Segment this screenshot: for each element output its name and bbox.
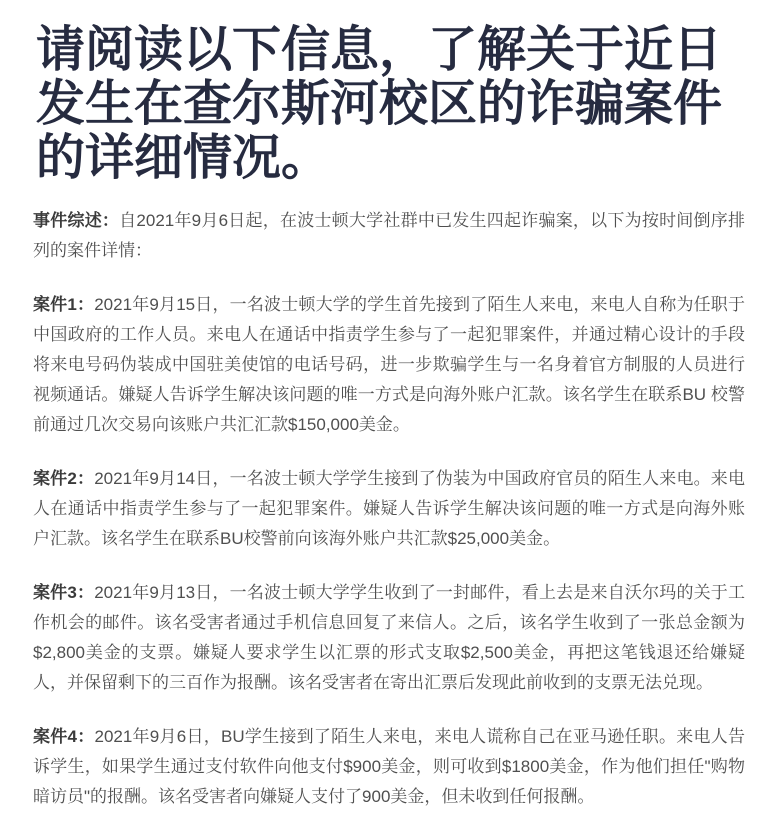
summary-paragraph: 事件综述：自2021年9月6日起，在波士顿大学社群中已发生四起诈骗案，以下为按时… xyxy=(33,206,745,266)
case-4-label: 案件4： xyxy=(33,727,94,746)
case-3-label: 案件3： xyxy=(33,583,94,602)
page-title: 请阅读以下信息，了解关于近日发生在查尔斯河校区的诈骗案件的详细情况。 xyxy=(33,24,745,186)
summary-label: 事件综述： xyxy=(33,211,119,230)
case-3-text: 2021年9月13日，一名波士顿大学学生收到了一封邮件，看上去是来自沃尔玛的关于… xyxy=(33,583,745,692)
case-2-label: 案件2： xyxy=(33,469,94,488)
case-4-text: 2021年9月6日，BU学生接到了陌生人来电，来电人谎称自己在亚马逊任职。来电人… xyxy=(33,727,745,806)
case-1-text: 2021年9月15日，一名波士顿大学的学生首先接到了陌生人来电，来电人自称为任职… xyxy=(33,295,745,434)
case-paragraph-4: 案件4：2021年9月6日，BU学生接到了陌生人来电，来电人谎称自己在亚马逊任职… xyxy=(33,722,745,812)
case-1-label: 案件1： xyxy=(33,295,94,314)
fraud-alert-notice-page: 请阅读以下信息，了解关于近日发生在查尔斯河校区的诈骗案件的详细情况。 事件综述：… xyxy=(0,0,778,817)
summary-text: 自2021年9月6日起，在波士顿大学社群中已发生四起诈骗案，以下为按时间倒序排列… xyxy=(33,211,745,260)
case-paragraph-1: 案件1：2021年9月15日，一名波士顿大学的学生首先接到了陌生人来电，来电人自… xyxy=(33,290,745,440)
case-paragraph-2: 案件2：2021年9月14日，一名波士顿大学学生接到了伪装为中国政府官员的陌生人… xyxy=(33,464,745,554)
case-2-text: 2021年9月14日，一名波士顿大学学生接到了伪装为中国政府官员的陌生人来电。来… xyxy=(33,469,745,548)
case-paragraph-3: 案件3：2021年9月13日，一名波士顿大学学生收到了一封邮件，看上去是来自沃尔… xyxy=(33,578,745,698)
